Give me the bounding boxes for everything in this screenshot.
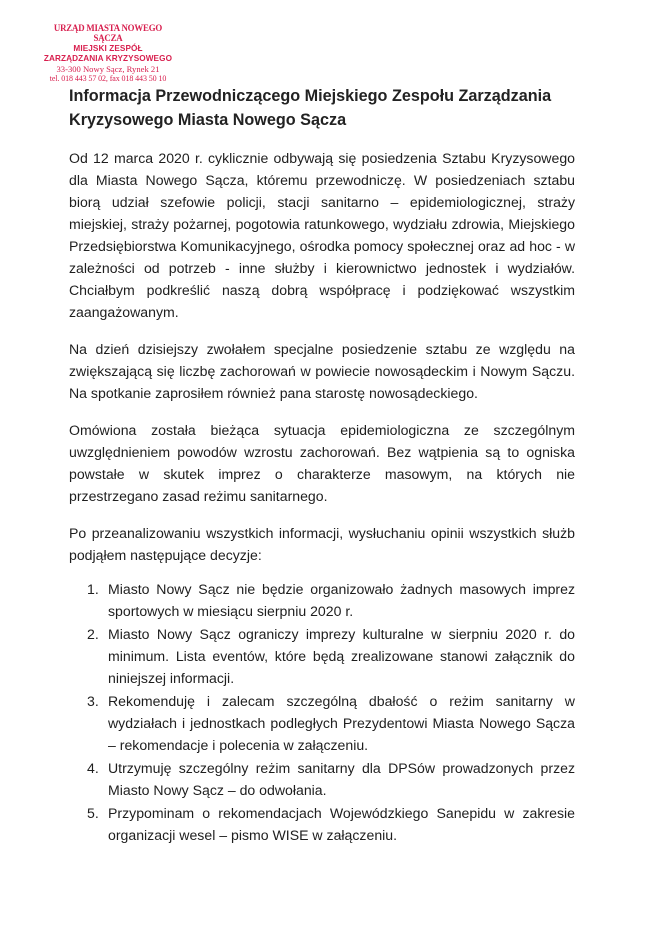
stamp-address: 33-300 Nowy Sącz, Rynek 21 <box>33 64 183 74</box>
stamp-phone-fax: tel. 018 443 57 02, fax 018 443 50 10 <box>33 74 183 84</box>
decision-item: 2. Miasto Nowy Sącz ograniczy imprezy ku… <box>69 623 575 689</box>
decision-number: 5. <box>87 802 99 824</box>
decision-text: Miasto Nowy Sącz nie będzie organizowało… <box>108 581 575 619</box>
decision-text: Rekomenduję i zalecam szczególną dbałość… <box>108 693 575 753</box>
decision-text: Utrzymuję szczególny reżim sanitarny dla… <box>108 760 575 798</box>
decision-number: 2. <box>87 623 99 645</box>
decision-item: 4. Utrzymuję szczególny reżim sanitarny … <box>69 757 575 801</box>
decision-item: 5. Przypominam o rekomendacjach Wojewódz… <box>69 802 575 846</box>
decision-item: 3. Rekomenduję i zalecam szczególną dbał… <box>69 690 575 756</box>
document-title: Informacja Przewodniczącego Miejskiego Z… <box>69 84 575 132</box>
decisions-list: 1. Miasto Nowy Sącz nie będzie organizow… <box>69 578 575 846</box>
office-stamp: URZĄD MIASTA NOWEGO SĄCZA MIEJSKI ZESPÓŁ… <box>33 24 183 84</box>
decision-item: 1. Miasto Nowy Sącz nie będzie organizow… <box>69 578 575 622</box>
decision-text: Przypominam o rekomendacjach Wojewódzkie… <box>108 805 575 843</box>
title-line-1: Informacja Przewodniczącego Miejskiego Z… <box>69 84 575 108</box>
decision-number: 3. <box>87 690 99 712</box>
paragraph-special-meeting: Na dzień dzisiejszy zwołałem specjalne p… <box>69 338 575 404</box>
paragraph-epidemic-situation: Omówiona została bieżąca sytuacja epidem… <box>69 419 575 507</box>
stamp-team-name-cont: ZARZĄDZANIA KRYZYSOWEGO <box>33 54 183 64</box>
stamp-office-name: URZĄD MIASTA NOWEGO SĄCZA <box>39 24 177 44</box>
title-line-2: Kryzysowego Miasta Nowego Sącza <box>69 108 575 132</box>
document-body: Informacja Przewodniczącego Miejskiego Z… <box>69 84 575 846</box>
decision-text: Miasto Nowy Sącz ograniczy imprezy kultu… <box>108 626 575 686</box>
paragraph-crisis-staff-meetings: Od 12 marca 2020 r. cyklicznie odbywają … <box>69 147 575 323</box>
decision-number: 1. <box>87 578 99 600</box>
stamp-team-name: MIEJSKI ZESPÓŁ <box>33 44 183 54</box>
paragraph-decisions-intro: Po przeanalizowaniu wszystkich informacj… <box>69 522 575 566</box>
decision-number: 4. <box>87 757 99 779</box>
